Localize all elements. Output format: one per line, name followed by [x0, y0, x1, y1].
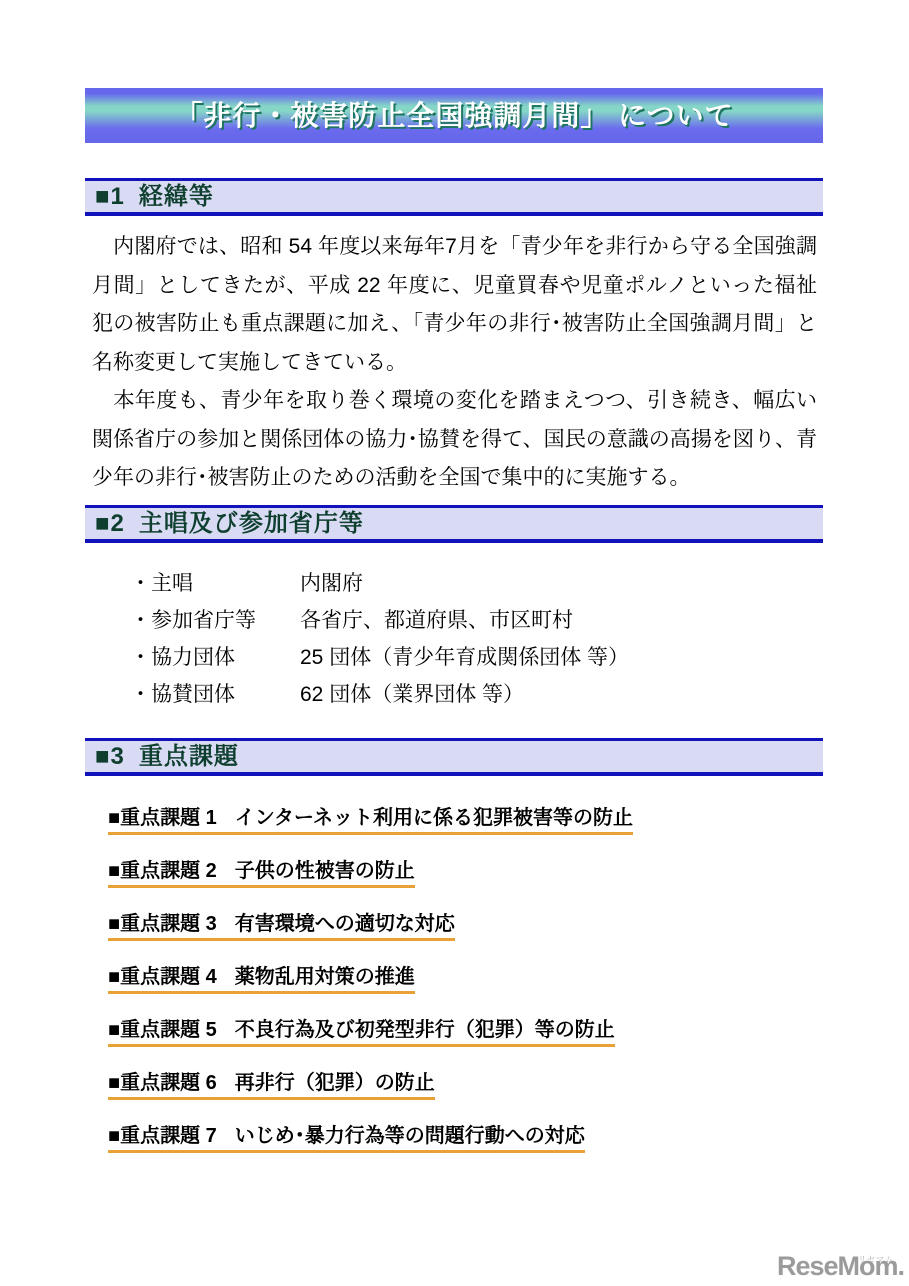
- roster-value: 25 団体（青少年育成関係団体 等）: [300, 639, 823, 676]
- topic-title: 有害環境への適切な対応: [235, 913, 455, 935]
- paragraph-1: 内閣府では、昭和 54 年度以来毎年7月を「青少年を非行から守る全国強調月間」と…: [92, 228, 817, 382]
- section1-title: 経緯等: [139, 183, 214, 210]
- roster-row: ・主唱 内閣府: [130, 565, 823, 602]
- roster-value: 各省庁、都道府県、市区町村: [300, 602, 823, 639]
- topic-label: ■重点課題 2: [108, 860, 217, 882]
- section1-header: ■1経緯等: [85, 178, 823, 216]
- topic-title: いじめ･暴力行為等の問題行動への対応: [235, 1125, 585, 1147]
- section1-body: 内閣府では、昭和 54 年度以来毎年7月を「青少年を非行から守る全国強調月間」と…: [85, 228, 823, 498]
- roster-row: ・協賛団体 62 団体（業界団体 等）: [130, 676, 823, 713]
- topic-item-1: ■重点課題 1インターネット利用に係る犯罪被害等の防止: [108, 806, 633, 835]
- title-banner: 「非行・被害防止全国強調月間」 について: [85, 88, 823, 143]
- roster-label: ・協力団体: [130, 639, 300, 676]
- topic-item-5: ■重点課題 5不良行為及び初発型非行（犯罪）等の防止: [108, 1018, 615, 1047]
- roster-row: ・協力団体 25 団体（青少年育成関係団体 等）: [130, 639, 823, 676]
- section2-marker: ■2: [95, 510, 125, 537]
- topic-item-4: ■重点課題 4薬物乱用対策の推進: [108, 965, 415, 994]
- roster-row: ・参加省庁等 各省庁、都道府県、市区町村: [130, 602, 823, 639]
- section2-title: 主唱及び参加省庁等: [139, 510, 364, 537]
- resemom-logo-ruby: リセマム: [858, 1246, 894, 1273]
- topic-label: ■重点課題 3: [108, 913, 217, 935]
- page-title: 「非行・被害防止全国強調月間」 について: [174, 100, 733, 131]
- section2-header: ■2主唱及び参加省庁等: [85, 505, 823, 543]
- topic-item-3: ■重点課題 3有害環境への適切な対応: [108, 912, 455, 941]
- topic-label: ■重点課題 4: [108, 966, 217, 988]
- topic-title: 再非行（犯罪）の防止: [235, 1072, 435, 1094]
- topics-list: ■重点課題 1インターネット利用に係る犯罪被害等の防止 ■重点課題 2子供の性被…: [85, 806, 823, 1153]
- section3-header: ■3重点課題: [85, 738, 823, 776]
- topic-label: ■重点課題 7: [108, 1125, 217, 1147]
- roster-label: ・主唱: [130, 565, 300, 602]
- paragraph-2: 本年度も、青少年を取り巻く環境の変化を踏まえつつ、引き続き、幅広い関係省庁の参加…: [92, 382, 817, 498]
- topic-item-6: ■重点課題 6再非行（犯罪）の防止: [108, 1071, 435, 1100]
- section3-title: 重点課題: [139, 743, 239, 770]
- topic-label: ■重点課題 6: [108, 1072, 217, 1094]
- roster-list: ・主唱 内閣府 ・参加省庁等 各省庁、都道府県、市区町村 ・協力団体 25 団体…: [85, 565, 823, 713]
- section3-marker: ■3: [95, 743, 125, 770]
- topic-title: 不良行為及び初発型非行（犯罪）等の防止: [235, 1019, 615, 1041]
- resemom-logo: リセマム ReseMom.: [777, 1253, 904, 1280]
- roster-value: 62 団体（業界団体 等）: [300, 676, 823, 713]
- document-page: 「非行・被害防止全国強調月間」 について ■1経緯等 内閣府では、昭和 54 年…: [0, 0, 909, 1286]
- topic-title: 子供の性被害の防止: [235, 860, 415, 882]
- topic-label: ■重点課題 5: [108, 1019, 217, 1041]
- topic-title: 薬物乱用対策の推進: [235, 966, 415, 988]
- topic-label: ■重点課題 1: [108, 807, 217, 829]
- topic-item-2: ■重点課題 2子供の性被害の防止: [108, 859, 415, 888]
- roster-value: 内閣府: [300, 565, 823, 602]
- roster-label: ・参加省庁等: [130, 602, 300, 639]
- roster-label: ・協賛団体: [130, 676, 300, 713]
- section1-marker: ■1: [95, 183, 125, 210]
- topic-item-7: ■重点課題 7いじめ･暴力行為等の問題行動への対応: [108, 1124, 585, 1153]
- topic-title: インターネット利用に係る犯罪被害等の防止: [235, 807, 633, 829]
- document-content: 「非行・被害防止全国強調月間」 について ■1経緯等 内閣府では、昭和 54 年…: [85, 88, 823, 1153]
